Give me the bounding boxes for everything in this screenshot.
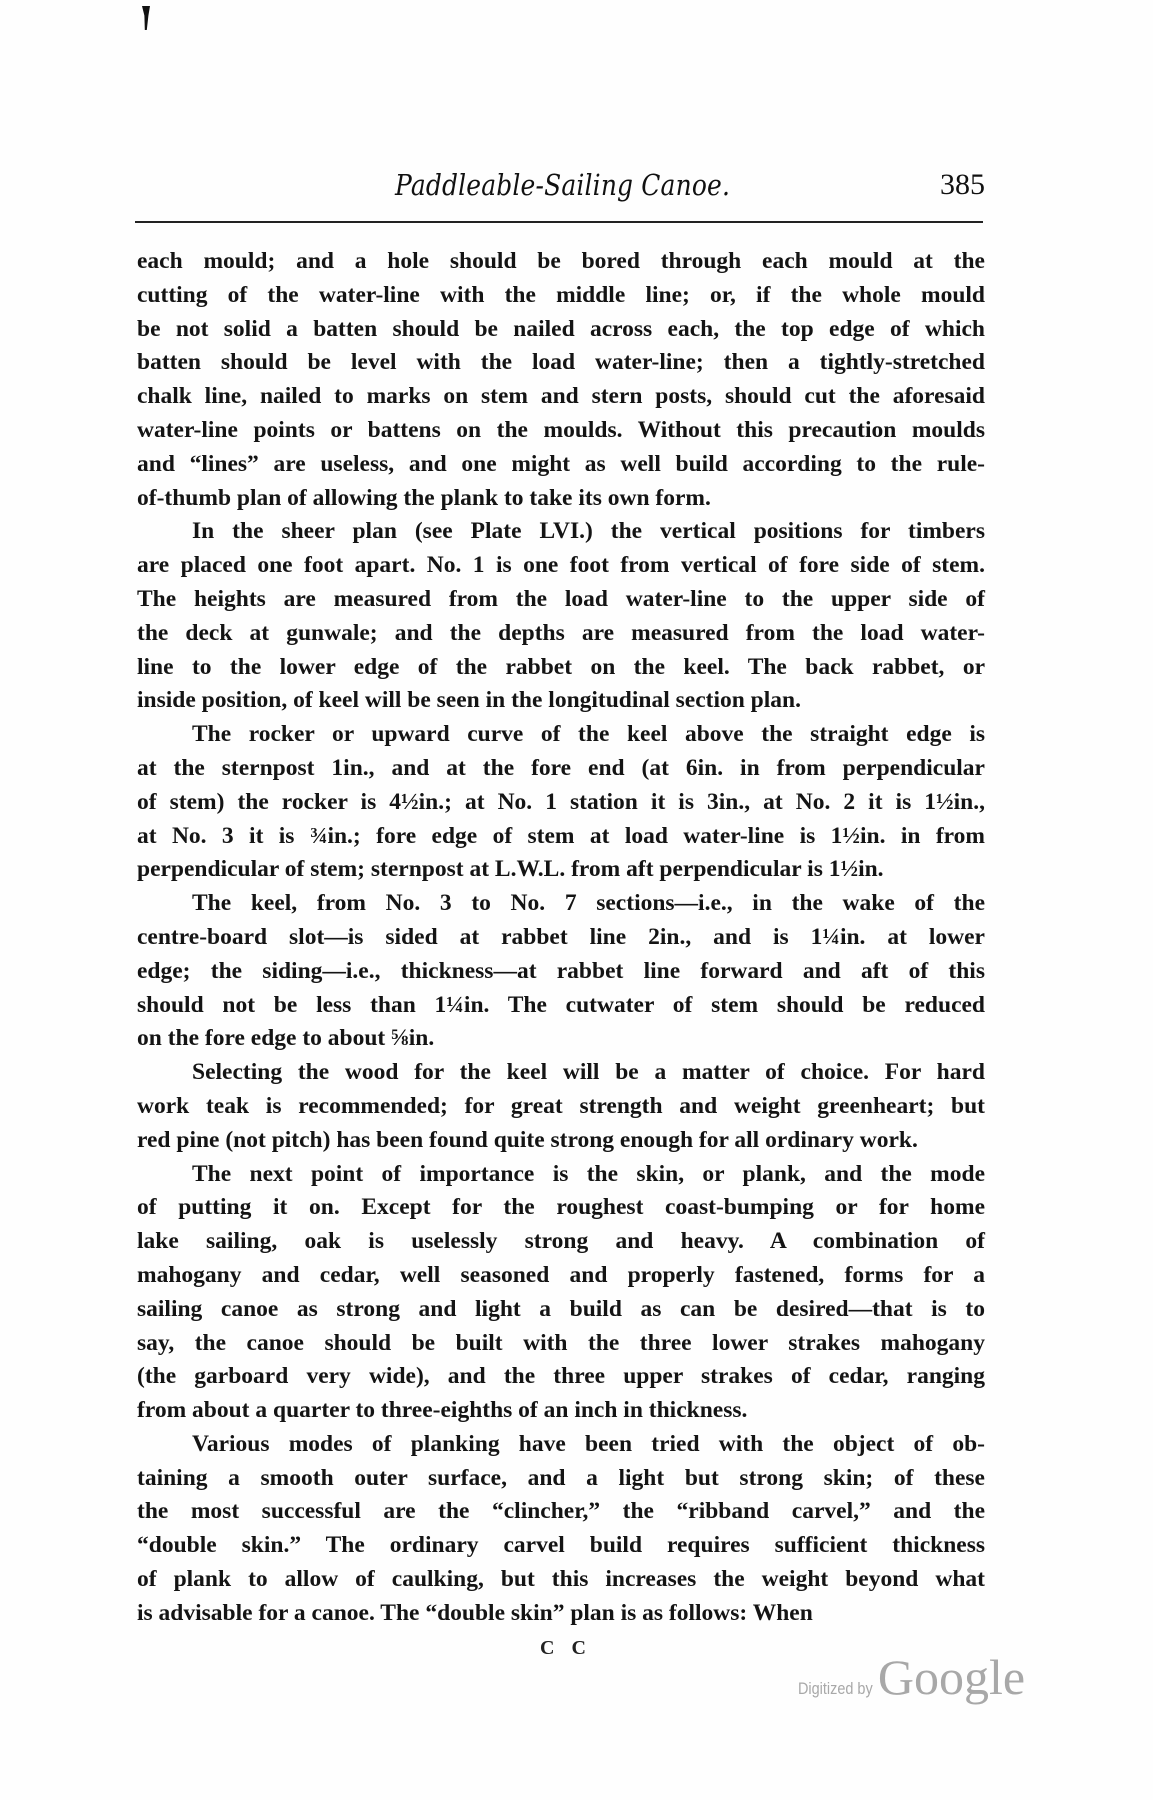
text-line: of plank to allow of caulking, but this … — [137, 1563, 985, 1597]
paragraph: The rocker or upward curve of the keel a… — [137, 718, 985, 887]
text-line: The rocker or upward curve of the keel a… — [137, 718, 985, 752]
paragraph: Selecting the wood for the keel will be … — [137, 1056, 985, 1157]
text-line: on the fore edge to about ⅝in. — [137, 1022, 985, 1056]
text-line: line to the lower edge of the rabbet on … — [137, 651, 985, 685]
paragraph: Various modes of planking have been trie… — [137, 1428, 985, 1631]
text-line: The heights are measured from the load w… — [137, 583, 985, 617]
paragraph: In the sheer plan (see Plate LVI.) the v… — [137, 515, 985, 718]
paragraph: The next point of importance is the skin… — [137, 1158, 985, 1428]
text-line: say, the canoe should be built with the … — [137, 1327, 985, 1361]
text-line: water-line points or battens on the moul… — [137, 414, 985, 448]
text-line: from about a quarter to three-eighths of… — [137, 1394, 985, 1428]
scan-mark — [142, 6, 150, 30]
text-line: sailing canoe as strong and light a buil… — [137, 1293, 985, 1327]
text-line: The next point of importance is the skin… — [137, 1158, 985, 1192]
text-line: centre-board slot—is sided at rabbet lin… — [137, 921, 985, 955]
text-line: of putting it on. Except for the roughes… — [137, 1191, 985, 1225]
signature-mark: C C — [540, 1637, 592, 1660]
text-line: batten should be level with the load wat… — [137, 346, 985, 380]
text-line: be not solid a batten should be nailed a… — [137, 313, 985, 347]
text-line: at the sternpost 1in., and at the fore e… — [137, 752, 985, 786]
book-page: Paddleable-Sailing Canoe. 385 each mould… — [0, 0, 1153, 1800]
paragraph: The keel, from No. 3 to No. 7 sections—i… — [137, 887, 985, 1056]
watermark-digitized-by: Digitized by — [798, 1679, 873, 1699]
running-head: Paddleable-Sailing Canoe. 385 — [135, 168, 985, 208]
text-line: mahogany and cedar, well seasoned and pr… — [137, 1259, 985, 1293]
header-rule — [135, 221, 983, 223]
text-line: Selecting the wood for the keel will be … — [137, 1056, 985, 1090]
text-line: (the garboard very wide), and the three … — [137, 1360, 985, 1394]
paragraph: each mould; and a hole should be bored t… — [137, 245, 985, 515]
watermark-google: Google — [878, 1649, 1025, 1705]
google-watermark: Digitized by Google — [798, 1648, 1025, 1706]
text-line: should not be less than 1¼in. The cutwat… — [137, 989, 985, 1023]
text-line: Various modes of planking have been trie… — [137, 1428, 985, 1462]
text-line: is advisable for a canoe. The “double sk… — [137, 1597, 985, 1631]
text-line: work teak is recommended; for great stre… — [137, 1090, 985, 1124]
text-line: The keel, from No. 3 to No. 7 sections—i… — [137, 887, 985, 921]
text-line: red pine (not pitch) has been found quit… — [137, 1124, 985, 1158]
text-line: taining a smooth outer surface, and a li… — [137, 1462, 985, 1496]
text-line: at No. 3 it is ¾in.; fore edge of stem a… — [137, 820, 985, 854]
text-line: and “lines” are useless, and one might a… — [137, 448, 985, 482]
text-line: inside position, of keel will be seen in… — [137, 684, 985, 718]
text-line: of-thumb plan of allowing the plank to t… — [137, 482, 985, 516]
text-line: lake sailing, oak is uselessly strong an… — [137, 1225, 985, 1259]
text-line: of stem) the rocker is 4½in.; at No. 1 s… — [137, 786, 985, 820]
text-line: chalk line, nailed to marks on stem and … — [137, 380, 985, 414]
text-line: are placed one foot apart. No. 1 is one … — [137, 549, 985, 583]
text-line: cutting of the water-line with the middl… — [137, 279, 985, 313]
page-number: 385 — [940, 168, 985, 202]
text-line: edge; the siding—i.e., thickness—at rabb… — [137, 955, 985, 989]
text-line: each mould; and a hole should be bored t… — [137, 245, 985, 279]
text-line: “double skin.” The ordinary carvel build… — [137, 1529, 985, 1563]
text-line: the deck at gunwale; and the depths are … — [137, 617, 985, 651]
body-text: each mould; and a hole should be bored t… — [137, 245, 985, 1631]
running-title: Paddleable-Sailing Canoe. — [395, 168, 730, 202]
text-line: In the sheer plan (see Plate LVI.) the v… — [137, 515, 985, 549]
text-line: perpendicular of stem; sternpost at L.W.… — [137, 853, 985, 887]
text-line: the most successful are the “clincher,” … — [137, 1495, 985, 1529]
